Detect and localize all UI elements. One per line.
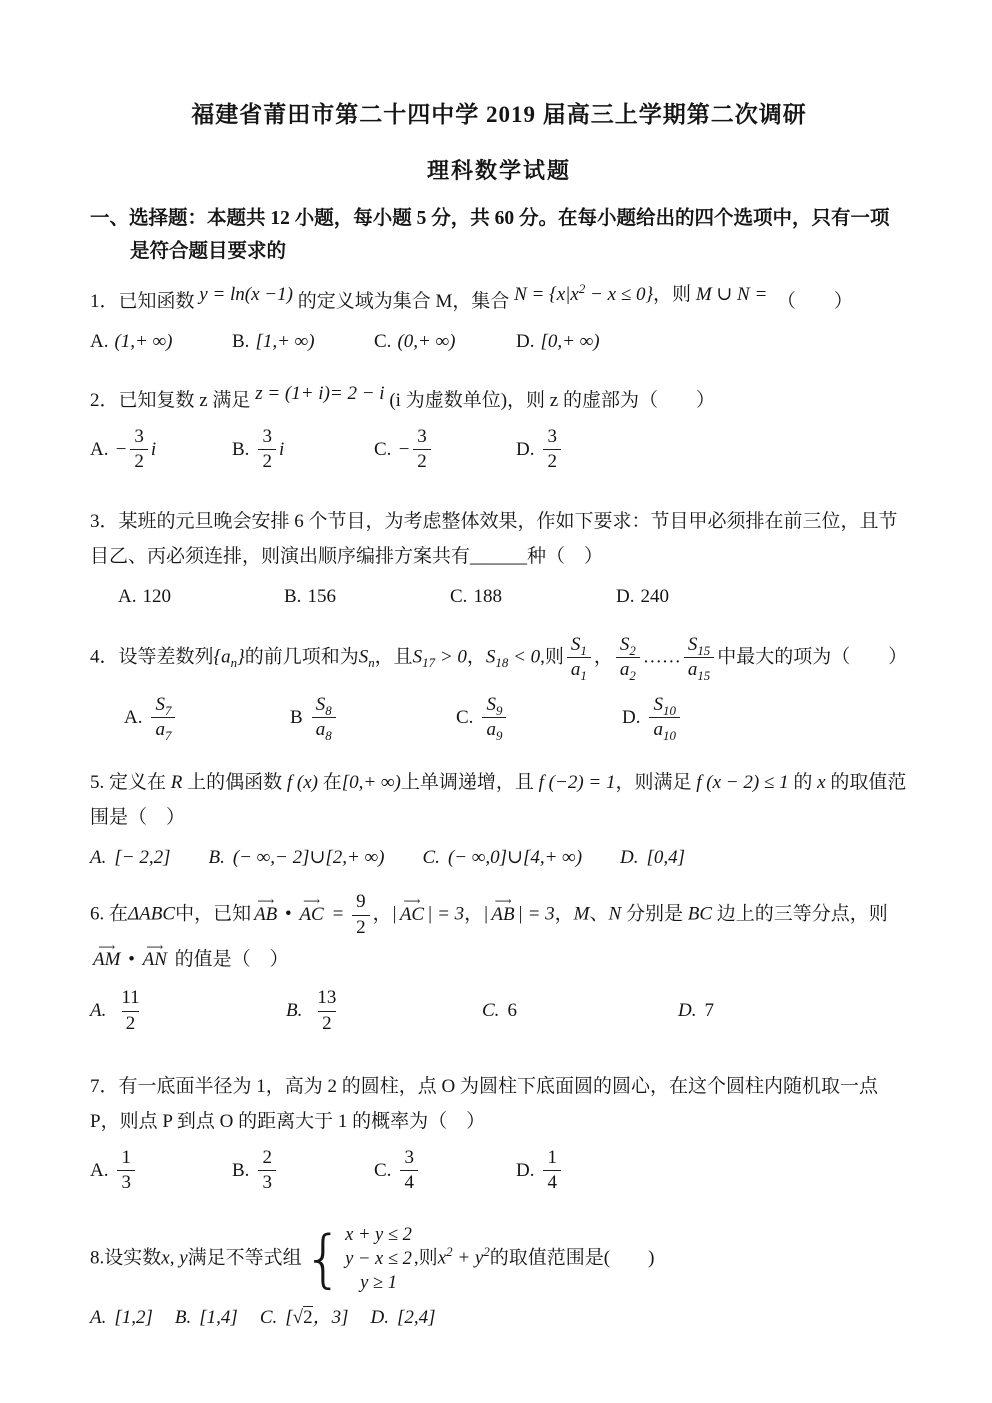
text-run: 2 bbox=[356, 917, 366, 938]
option-A: A.13 bbox=[90, 1147, 232, 1195]
subscript: 15 bbox=[697, 643, 710, 658]
fraction: 32 bbox=[543, 426, 561, 474]
text-run: 一、选择题：本题共 12 小题，每小题 5 分，共 60 分。在每小题给出的四个… bbox=[90, 208, 890, 262]
text-run: 的定义域为集合 M，集合 bbox=[293, 291, 514, 312]
option-B: BS8a8 bbox=[290, 694, 456, 742]
fraction: 32 bbox=[130, 426, 148, 474]
math-run: x bbox=[438, 1247, 446, 1268]
system-line: x + y ≤ 2 bbox=[345, 1223, 412, 1247]
math-run: [0,4] bbox=[647, 843, 686, 873]
option-B: B.[1,4] bbox=[175, 1303, 238, 1333]
subscript: 9 bbox=[496, 728, 502, 743]
option-label: C. bbox=[482, 996, 499, 1026]
question-5: 5. 定义在 R 上的偶函数 f (x) 在[0,+ ∞)上单调递增，且 f (… bbox=[90, 765, 908, 873]
question-7: 7．有一底面半径为 1，高为 2 的圆柱，点 O 为圆柱下底面圆的圆心，在这个圆… bbox=[90, 1069, 908, 1195]
option-A: A.[− 2,2] bbox=[90, 843, 170, 873]
radical-sign: √ bbox=[293, 1307, 303, 1328]
math-run: [0,+ ∞) bbox=[540, 327, 599, 357]
option-label: C. bbox=[450, 582, 467, 612]
question-3-options: A.120B.156C.188D.240 bbox=[90, 582, 908, 612]
math-run: x, y bbox=[161, 1247, 187, 1268]
math-run: R bbox=[171, 772, 183, 793]
math-run: [ bbox=[285, 1303, 292, 1333]
inequality-system: {x + y ≤ 2y − x ≤ 2y ≥ 1 bbox=[304, 1223, 412, 1295]
question-6-options: A.112B.132C.6D.7 bbox=[90, 985, 908, 1035]
text-run: 6 bbox=[507, 996, 517, 1026]
option-B: B.32i bbox=[232, 426, 374, 474]
option-label: A. bbox=[90, 996, 106, 1026]
math-run: [1,+ ∞) bbox=[255, 327, 314, 357]
fraction: S7a7 bbox=[151, 694, 175, 742]
option-label: B. bbox=[286, 996, 302, 1026]
subscript: 8 bbox=[325, 702, 331, 717]
math-run: N bbox=[609, 904, 622, 925]
math-run: a bbox=[316, 719, 326, 740]
text-run: 4 bbox=[404, 1172, 414, 1193]
question-7-options: A.13B.23C.34D.14 bbox=[90, 1147, 908, 1195]
text-run: 2 bbox=[262, 1147, 272, 1168]
text-run: 3 bbox=[417, 426, 427, 447]
math-run: i bbox=[279, 435, 284, 465]
math-run: a bbox=[486, 719, 496, 740]
text-run: 13 bbox=[317, 987, 336, 1008]
question-3: 3．某班的元旦晚会安排 6 个节目，为考虑整体效果，作如下要求：节目甲必须排在前… bbox=[90, 504, 908, 612]
fraction: 14 bbox=[543, 1147, 561, 1195]
text-run: ______ bbox=[470, 546, 527, 567]
subscript: 17 bbox=[422, 655, 435, 670]
option-label: D. bbox=[516, 435, 534, 465]
text-run: 、 bbox=[590, 904, 609, 925]
fraction-denominator: 3 bbox=[258, 1170, 276, 1194]
fraction: 23 bbox=[258, 1147, 276, 1195]
question-4-stem: 4．设等差数列{an}的前几项和为Sn，且S17 > 0，S18 < 0,则S1… bbox=[90, 634, 908, 682]
option-label: C. bbox=[423, 843, 440, 873]
question-5-options: A.[− 2,2]B.(− ∞,− 2]∪[2,+ ∞)C.(− ∞,0]∪[4… bbox=[90, 843, 908, 873]
text-run: 在 bbox=[318, 772, 342, 793]
fraction-numerator: 3 bbox=[258, 426, 276, 449]
question-8-stem: 8.设实数x, y满足不等式组{x + y ≤ 2y − x ≤ 2y ≥ 1,… bbox=[90, 1223, 908, 1295]
subscript: 2 bbox=[629, 668, 635, 683]
math-run: | bbox=[483, 904, 488, 925]
fraction: S8a8 bbox=[312, 694, 336, 742]
math-run: f (x) bbox=[287, 772, 318, 793]
text-run: ，则 bbox=[653, 284, 696, 305]
math-run: M bbox=[574, 904, 590, 925]
option-label: C. bbox=[374, 1156, 391, 1186]
option-D: D.14 bbox=[516, 1147, 658, 1195]
math-run: (1,+ ∞) bbox=[114, 327, 172, 357]
subscript: 1 bbox=[580, 643, 586, 658]
fraction-denominator: 2 bbox=[413, 449, 431, 473]
option-D: D.7 bbox=[678, 996, 874, 1026]
math-run: | bbox=[392, 904, 397, 925]
subscript: 10 bbox=[663, 728, 676, 743]
text-run: • bbox=[123, 949, 139, 970]
math-run: a bbox=[688, 659, 698, 680]
math-run: (− ∞,− 2]∪[2,+ ∞) bbox=[233, 843, 385, 873]
fraction-numerator: S15 bbox=[684, 634, 714, 657]
exam-paper: 福建省莆田市第二十四中学 2019 届高三上学期第二次调研 理科数学试题 一、选… bbox=[0, 0, 992, 1333]
vector-AB: AB bbox=[491, 894, 514, 932]
math-run: − bbox=[397, 435, 410, 465]
system-lines: x + y ≤ 2y − x ≤ 2y ≥ 1 bbox=[345, 1223, 412, 1295]
text-run: 8.设实数 bbox=[90, 1247, 161, 1268]
option-C: C.[√2，3] bbox=[260, 1303, 349, 1333]
math-run: S bbox=[413, 646, 423, 667]
option-label: B. bbox=[232, 1156, 249, 1186]
text-run: 2 bbox=[322, 1013, 332, 1034]
option-label: D. bbox=[678, 996, 696, 1026]
fraction-denominator: a9 bbox=[482, 717, 506, 741]
option-label: B. bbox=[232, 435, 249, 465]
text-run: 188 bbox=[473, 582, 502, 612]
option-C: C.−32 bbox=[374, 426, 516, 474]
option-label: A. bbox=[90, 1303, 106, 1333]
system-line: y − x ≤ 2 bbox=[345, 1247, 412, 1271]
fraction-numerator: 11 bbox=[117, 987, 143, 1010]
subscript: 9 bbox=[496, 702, 502, 717]
text-run: 上的偶函数 bbox=[182, 772, 287, 793]
question-4: 4．设等差数列{an}的前几项和为Sn，且S17 > 0，S18 < 0,则S1… bbox=[90, 634, 908, 742]
math-run: a bbox=[620, 659, 630, 680]
fraction: S15a15 bbox=[684, 634, 714, 682]
text-run: 7．有一底面半径为 1，高为 2 的圆柱，点 O 为圆柱下底面圆的圆心，在这个圆… bbox=[90, 1076, 878, 1132]
text-run: 9 bbox=[356, 891, 366, 912]
math-run: a bbox=[155, 719, 165, 740]
fraction-denominator: 2 bbox=[543, 449, 561, 473]
text-run: (i 为虚数单位)，则 z 的虚部为（ ） bbox=[385, 390, 715, 411]
option-label: A. bbox=[118, 582, 136, 612]
option-D: D.[0,4] bbox=[620, 843, 685, 873]
fraction-numerator: S8 bbox=[312, 694, 336, 717]
text-run: 1 bbox=[547, 1147, 557, 1168]
math-run: f (x − 2) ≤ 1 bbox=[696, 772, 788, 793]
fraction: 112 bbox=[117, 987, 143, 1035]
question-7-stem: 7．有一底面半径为 1，高为 2 的圆柱，点 O 为圆柱下底面圆的圆心，在这个圆… bbox=[90, 1069, 908, 1139]
question-3-stem: 3．某班的元旦晚会安排 6 个节目，为考虑整体效果，作如下要求：节目甲必须排在前… bbox=[90, 504, 908, 574]
option-label: C. bbox=[260, 1303, 277, 1333]
option-label: C. bbox=[374, 327, 391, 357]
text-run: 分别是 bbox=[621, 904, 688, 925]
text-run: 156 bbox=[307, 582, 336, 612]
radicand: 2 bbox=[303, 1306, 313, 1328]
text-run: 中最大的项为（ ） bbox=[717, 646, 907, 667]
fraction-numerator: 13 bbox=[313, 987, 340, 1010]
vector-AB: AB bbox=[254, 894, 277, 932]
question-5-stem: 5. 定义在 R 上的偶函数 f (x) 在[0,+ ∞)上单调递增，且 f (… bbox=[90, 765, 908, 835]
text-run: …… bbox=[643, 646, 681, 667]
math-run: BC bbox=[688, 904, 712, 925]
math-run: + y bbox=[453, 1247, 484, 1268]
option-B: B.132 bbox=[286, 987, 482, 1035]
option-A: A.[1,2] bbox=[90, 1303, 153, 1333]
fraction-numerator: S2 bbox=[616, 634, 640, 657]
option-label: B. bbox=[284, 582, 301, 612]
math-run: = bbox=[327, 904, 349, 925]
vector-AC: AC bbox=[299, 894, 323, 932]
subscript: 15 bbox=[697, 668, 710, 683]
question-1-stem: 1．已知函数 y = ln(x −1) 的定义域为集合 M，集合 N = {x|… bbox=[90, 284, 908, 319]
square-root: √2 bbox=[293, 1303, 313, 1333]
text-run: 的值是（ ） bbox=[170, 949, 289, 970]
text-run: ， bbox=[464, 904, 483, 925]
math-run: [1,2] bbox=[114, 1303, 153, 1333]
option-A: A.120 bbox=[118, 582, 284, 612]
math-run: S bbox=[486, 694, 496, 715]
question-4-options: A.S7a7BS8a8C.S9a9D.S10a10 bbox=[90, 694, 908, 742]
text-run: 3 bbox=[262, 1172, 272, 1193]
option-label: C. bbox=[374, 435, 391, 465]
fraction-numerator: S7 bbox=[151, 694, 175, 717]
option-label: C. bbox=[456, 703, 473, 733]
fraction-denominator: a2 bbox=[616, 657, 640, 681]
vector-AM: AM bbox=[93, 939, 120, 977]
fraction-denominator: a8 bbox=[312, 717, 336, 741]
text-run: 1 bbox=[121, 1147, 131, 1168]
math-run: {a bbox=[214, 646, 231, 667]
fraction: 13 bbox=[117, 1147, 135, 1195]
text-run: 满足不等式组 bbox=[188, 1247, 302, 1268]
option-C: C.34 bbox=[374, 1147, 516, 1195]
subscript: 8 bbox=[325, 728, 331, 743]
math-run: ，3] bbox=[313, 1303, 349, 1333]
math-run: (− ∞,0]∪[4,+ ∞) bbox=[448, 843, 582, 873]
text-run: 2 bbox=[417, 451, 427, 472]
question-2-options: A.−32iB.32iC.−32D.32 bbox=[90, 426, 908, 474]
option-label: D. bbox=[516, 1156, 534, 1186]
text-run: ，则满足 bbox=[615, 772, 696, 793]
math-run: f (−2) = 1 bbox=[539, 772, 616, 793]
option-label: D. bbox=[620, 843, 638, 873]
text-run: 3 bbox=[262, 426, 272, 447]
option-D: D.32 bbox=[516, 426, 658, 474]
math-run: i bbox=[151, 435, 156, 465]
option-label: A. bbox=[90, 843, 106, 873]
text-run: 4．设等差数列 bbox=[90, 646, 214, 667]
option-D: D.240 bbox=[616, 582, 782, 612]
option-A: A.(1,+ ∞) bbox=[90, 327, 232, 357]
fraction-denominator: a15 bbox=[684, 657, 714, 681]
fraction-denominator: 2 bbox=[122, 1011, 140, 1035]
math-run: S bbox=[688, 634, 698, 655]
text-run: 240 bbox=[640, 582, 669, 612]
text-run: 的前几项和为 bbox=[245, 646, 359, 667]
subscript: 2 bbox=[629, 643, 635, 658]
math-run: S bbox=[571, 634, 581, 655]
fraction-denominator: a1 bbox=[567, 657, 591, 681]
fraction-denominator: 2 bbox=[258, 449, 276, 473]
fraction-denominator: a10 bbox=[649, 717, 679, 741]
math-run: − x ≤ 0} bbox=[585, 284, 653, 305]
question-8-options: A.[1,2]B.[1,4]C.[√2，3]D.[2,4] bbox=[90, 1303, 908, 1333]
fraction-denominator: 3 bbox=[117, 1170, 135, 1194]
question-2-stem: 2．已知复数 z 满足 z = (1+ i)= 2 − i (i 为虚数单位)，… bbox=[90, 383, 908, 418]
math-run: } bbox=[237, 646, 245, 667]
option-label: B. bbox=[175, 1303, 191, 1333]
text-run: ， bbox=[467, 646, 486, 667]
exam-subtitle: 理科数学试题 bbox=[90, 156, 908, 186]
text-run: ， bbox=[555, 904, 574, 925]
math-run: < 0 bbox=[508, 646, 540, 667]
text-run: 3 bbox=[547, 426, 557, 447]
option-D: D.[0,+ ∞) bbox=[516, 327, 658, 357]
math-run: N = {x|x bbox=[514, 284, 579, 305]
option-A: A.S7a7 bbox=[124, 694, 290, 742]
section-heading: 一、选择题：本题共 12 小题，每小题 5 分，共 60 分。在每小题给出的四个… bbox=[90, 202, 908, 268]
fraction-denominator: a7 bbox=[151, 717, 175, 741]
text-run: 的 bbox=[789, 772, 818, 793]
text-run: 3 bbox=[404, 1147, 414, 1168]
text-run: 的取值范围是( ) bbox=[490, 1247, 655, 1268]
text-run: • bbox=[280, 904, 296, 925]
text-run: ， bbox=[594, 646, 613, 667]
text-run: ， bbox=[373, 904, 392, 925]
math-run: S bbox=[316, 694, 326, 715]
math-run: S bbox=[620, 634, 630, 655]
option-B: B.[1,+ ∞) bbox=[232, 327, 374, 357]
fraction-numerator: 3 bbox=[130, 426, 148, 449]
text-run: ,则 bbox=[540, 646, 564, 667]
option-C: C.(− ∞,0]∪[4,+ ∞) bbox=[423, 843, 583, 873]
option-label: A. bbox=[90, 435, 108, 465]
option-C: C.188 bbox=[450, 582, 616, 612]
text-run: 2 bbox=[547, 451, 557, 472]
fraction-numerator: S9 bbox=[482, 694, 506, 717]
fraction: 32 bbox=[413, 426, 431, 474]
fraction: 32 bbox=[258, 426, 276, 474]
option-C: C.6 bbox=[482, 996, 678, 1026]
fraction: 34 bbox=[400, 1147, 418, 1195]
question-1-options: A.(1,+ ∞)B.[1,+ ∞)C.(0,+ ∞)D.[0,+ ∞) bbox=[90, 327, 908, 357]
fraction-numerator: 2 bbox=[258, 1147, 276, 1170]
text-run: 6. 在 bbox=[90, 904, 128, 925]
text-run: 3 bbox=[134, 426, 144, 447]
fraction-numerator: 9 bbox=[352, 891, 370, 914]
fraction-denominator: 2 bbox=[318, 1011, 336, 1035]
option-label: A. bbox=[90, 327, 108, 357]
option-label: D. bbox=[616, 582, 634, 612]
text-run: 7 bbox=[704, 996, 714, 1026]
option-B: B.156 bbox=[284, 582, 450, 612]
text-run: 2 bbox=[134, 451, 144, 472]
fraction-numerator: 1 bbox=[117, 1147, 135, 1170]
math-run: > 0 bbox=[435, 646, 467, 667]
subscript: 7 bbox=[165, 728, 171, 743]
math-run: [2,4] bbox=[397, 1303, 436, 1333]
text-run: （ ） bbox=[767, 291, 853, 312]
text-run: ，且 bbox=[375, 646, 413, 667]
question-8: 8.设实数x, y满足不等式组{x + y ≤ 2y − x ≤ 2y ≥ 1,… bbox=[90, 1223, 908, 1333]
fraction: S1a1 bbox=[567, 634, 591, 682]
vector-AN: AN bbox=[143, 939, 167, 977]
subscript: 10 bbox=[663, 702, 676, 717]
math-run: [0,+ ∞) bbox=[342, 772, 401, 793]
question-6: 6. 在ΔABC中，已知AB • AC = 92，|AC| = 3，|AB| =… bbox=[90, 891, 908, 1035]
option-label: B. bbox=[232, 327, 249, 357]
option-label: B bbox=[290, 703, 303, 733]
fraction: S9a9 bbox=[482, 694, 506, 742]
text-run: 3 bbox=[121, 1172, 131, 1193]
option-C: C.(0,+ ∞) bbox=[374, 327, 516, 357]
text-run: 11 bbox=[121, 987, 139, 1008]
subscript: 1 bbox=[580, 668, 586, 683]
text-run: 4 bbox=[547, 1172, 557, 1193]
text-run: 边上的三等分点，则 bbox=[712, 904, 888, 925]
fraction-numerator: S10 bbox=[649, 694, 679, 717]
math-run: S bbox=[486, 646, 496, 667]
fraction-numerator: 3 bbox=[400, 1147, 418, 1170]
option-label: D. bbox=[516, 327, 534, 357]
text-run: 上单调递增，且 bbox=[401, 772, 539, 793]
math-run: x bbox=[817, 772, 825, 793]
subscript: 18 bbox=[495, 655, 508, 670]
fraction-numerator: 1 bbox=[543, 1147, 561, 1170]
fraction-denominator: 2 bbox=[130, 449, 148, 473]
fraction-numerator: 3 bbox=[413, 426, 431, 449]
system-line: y ≥ 1 bbox=[360, 1271, 397, 1295]
math-run: ΔABC bbox=[128, 904, 175, 925]
fraction-denominator: 4 bbox=[543, 1170, 561, 1194]
text-run: 种（ ） bbox=[527, 546, 603, 567]
option-B: B.(− ∞,− 2]∪[2,+ ∞) bbox=[208, 843, 384, 873]
vector-AC: AC bbox=[400, 894, 424, 932]
subscript: 7 bbox=[165, 702, 171, 717]
fraction-denominator: 2 bbox=[352, 915, 370, 939]
option-D: D.[2,4] bbox=[371, 1303, 436, 1333]
math-run: z = (1+ i)= 2 − i bbox=[255, 383, 384, 404]
math-run: [1,4] bbox=[199, 1303, 238, 1333]
fraction-numerator: S1 bbox=[567, 634, 591, 657]
math-run: | = 3 bbox=[427, 904, 464, 925]
fraction: 132 bbox=[313, 987, 340, 1035]
math-run: a bbox=[653, 719, 663, 740]
fraction-denominator: 4 bbox=[400, 1170, 418, 1194]
math-run: − bbox=[114, 435, 127, 465]
text-run: ,则 bbox=[414, 1247, 438, 1268]
text-run: 2．已知复数 z 满足 bbox=[90, 390, 255, 411]
question-6-stem: 6. 在ΔABC中，已知AB • AC = 92，|AC| = 3，|AB| =… bbox=[90, 891, 908, 977]
text-run: 120 bbox=[142, 582, 171, 612]
option-label: A. bbox=[90, 1156, 108, 1186]
option-A: A.−32i bbox=[90, 426, 232, 474]
math-run: S bbox=[155, 694, 165, 715]
option-label: D. bbox=[371, 1303, 389, 1333]
fraction-numerator: 3 bbox=[543, 426, 561, 449]
option-label: A. bbox=[124, 703, 142, 733]
math-run: S bbox=[359, 646, 369, 667]
question-2: 2．已知复数 z 满足 z = (1+ i)= 2 − i (i 为虚数单位)，… bbox=[90, 383, 908, 474]
math-run: M ∪ N = bbox=[696, 284, 768, 305]
option-C: C.S9a9 bbox=[456, 694, 622, 742]
text-run: 中，已知 bbox=[175, 904, 251, 925]
text-run: 2 bbox=[126, 1013, 136, 1034]
question-1: 1．已知函数 y = ln(x −1) 的定义域为集合 M，集合 N = {x|… bbox=[90, 284, 908, 357]
fraction: 92 bbox=[352, 891, 370, 939]
option-B: B.23 bbox=[232, 1147, 374, 1195]
brace-icon: { bbox=[304, 1231, 343, 1287]
math-run: S bbox=[653, 694, 663, 715]
fraction: S2a2 bbox=[616, 634, 640, 682]
math-run: (0,+ ∞) bbox=[397, 327, 455, 357]
math-run: y = ln(x −1) bbox=[199, 284, 293, 305]
fraction: S10a10 bbox=[649, 694, 679, 742]
math-run: [− 2,2] bbox=[114, 843, 170, 873]
option-D: D.S10a10 bbox=[622, 694, 788, 742]
math-run: | = 3 bbox=[518, 904, 555, 925]
option-label: B. bbox=[208, 843, 224, 873]
option-label: D. bbox=[622, 703, 640, 733]
text-run: 5. 定义在 bbox=[90, 772, 171, 793]
